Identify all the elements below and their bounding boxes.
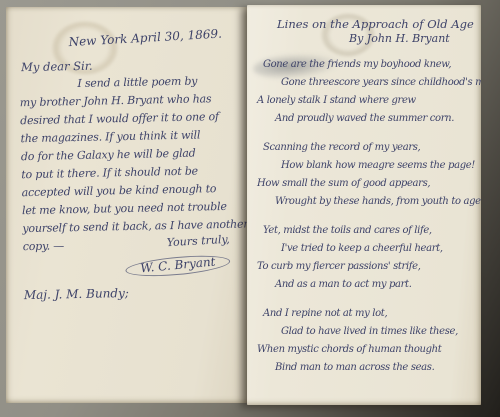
poem-line: I've tried to keep a cheerful heart, — [281, 240, 477, 258]
left-page: New York April 30, 1869. My dear Sir. I … — [6, 7, 247, 403]
poem-line: And proudly waved the summer corn. — [275, 110, 477, 128]
poem-line: Yet, midst the toils and cares of life, — [263, 222, 477, 240]
poem-line: How blank how meagre seems the page! — [281, 157, 477, 175]
date-line: New York April 30, 1869. — [68, 26, 236, 49]
poem-stanza: Yet, midst the toils and cares of life, … — [257, 222, 477, 294]
poem-stanza: Scanning the record of my years, How bla… — [257, 139, 477, 211]
photo-backdrop: New York April 30, 1869. My dear Sir. I … — [0, 0, 500, 417]
poem-line: Gone threescore years since childhood's … — [281, 74, 477, 92]
poem-title: Lines on the Approach of Old Age — [277, 17, 477, 31]
letter-line: copy. — — [23, 237, 65, 256]
poem-line: When mystic chords of human thought — [257, 341, 477, 359]
poem-line: Wrought by these hands, from youth to ag… — [275, 193, 477, 211]
poem-stanza: Gone are the friends my boyhood knew, Go… — [257, 56, 477, 128]
poem-line: A lonely stalk I stand where grew — [257, 92, 477, 110]
poem-content: Lines on the Approach of Old Age By John… — [247, 5, 481, 405]
poem-line: And I repine not at my lot, — [263, 305, 477, 323]
poem-line: Scanning the record of my years, — [263, 139, 477, 157]
letter-content: New York April 30, 1869. My dear Sir. I … — [6, 7, 247, 403]
signature-row: W. C. Bryant — [23, 253, 230, 278]
poem-line: Gone are the friends my boyhood knew, — [263, 56, 477, 74]
signature: W. C. Bryant — [124, 252, 230, 279]
right-page: Lines on the Approach of Old Age By John… — [247, 5, 481, 405]
poem-byline: By John H. Bryant — [349, 32, 477, 45]
poem-line: How small the sum of good appears, — [257, 175, 477, 193]
poem-line: And as a man to act my part. — [275, 276, 477, 294]
poem-line: Glad to have lived in times like these, — [281, 323, 477, 341]
poem-line: Bind man to man across the seas. — [275, 359, 477, 377]
poem-line: To curb my fiercer passions' strife, — [257, 258, 477, 276]
poem-stanza: And I repine not at my lot, Glad to have… — [257, 305, 477, 377]
addressee: Maj. J. M. Bundy; — [24, 284, 241, 303]
closing: Yours truly, — [167, 233, 231, 249]
